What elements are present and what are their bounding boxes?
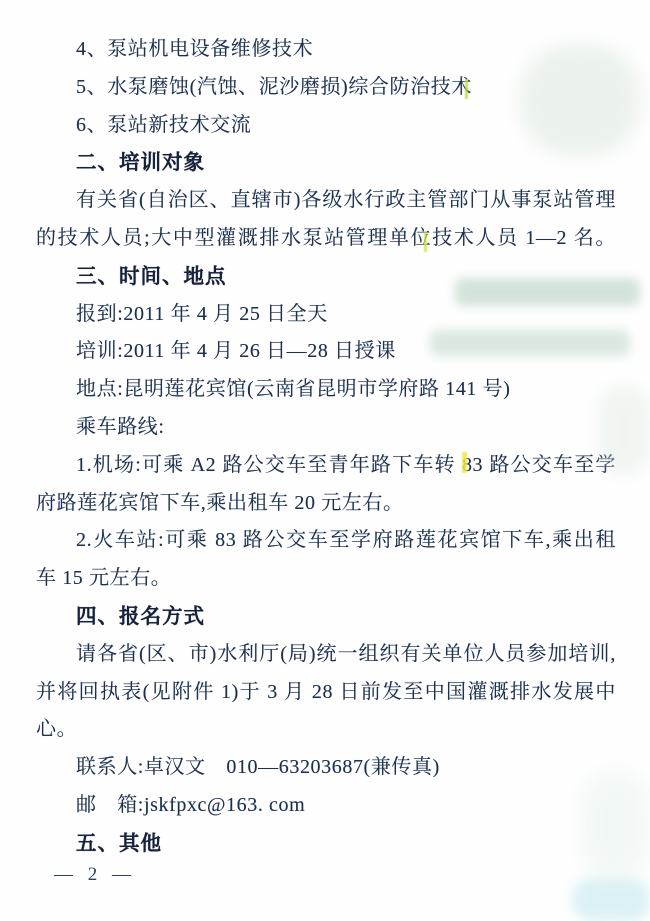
page-number: — 2 —	[54, 860, 136, 890]
text-line: 有关省(自治区、直辖市)各级水行政主管部门从事泵站管理	[36, 182, 616, 220]
text-line: 4、泵站机电设备维修技术	[36, 31, 616, 69]
section-heading: 四、报名方式	[36, 598, 616, 636]
text-line: 府路莲花宾馆下车,乘出租车 20 元左右。	[36, 485, 616, 523]
text-line: 6、泵站新技术交流	[36, 107, 616, 145]
text-line: 心。	[36, 711, 616, 749]
section-heading: 三、时间、地点	[36, 258, 616, 296]
text-line: 5、水泵磨蚀(汽蚀、泥沙磨损)综合防治技术	[36, 69, 616, 107]
text-line: 1.机场:可乘 A2 路公交车至青年路下车转 83 路公交车至学	[36, 447, 616, 485]
bleedthrough-smudge-bottom-right	[572, 878, 650, 921]
text-line: 邮 箱:jskfpxc@163. com	[36, 787, 616, 825]
text-line: 报到:2011 年 4 月 25 日全天	[36, 296, 616, 334]
text-line: 地点:昆明莲花宾馆(云南省昆明市学府路 141 号)	[36, 371, 616, 409]
text-line: 乘车路线:	[36, 409, 616, 447]
text-line: 培训:2011 年 4 月 26 日—28 日授课	[36, 333, 616, 371]
text-line: 的技术人员;大中型灌溉排水泵站管理单位技术人员 1—2 名。	[36, 220, 616, 258]
document-body: 4、泵站机电设备维修技术5、水泵磨蚀(汽蚀、泥沙磨损)综合防治技术6、泵站新技术…	[36, 31, 616, 863]
text-line: 2.火车站:可乘 83 路公交车至学府路莲花宾馆下车,乘出租	[36, 522, 616, 560]
text-line: 联系人:卓汉文 010—63203687(兼传真)	[36, 749, 616, 787]
section-heading: 五、其他	[36, 825, 616, 863]
text-line: 并将回执表(见附件 1)于 3 月 28 日前发至中国灌溉排水发展中	[36, 674, 616, 712]
text-line: 车 15 元左右。	[36, 560, 616, 598]
scanned-document-page: 4、泵站机电设备维修技术5、水泵磨蚀(汽蚀、泥沙磨损)综合防治技术6、泵站新技术…	[0, 0, 650, 921]
section-heading: 二、培训对象	[36, 144, 616, 182]
text-line: 请各省(区、市)水利厅(局)统一组织有关单位人员参加培训,	[36, 636, 616, 674]
